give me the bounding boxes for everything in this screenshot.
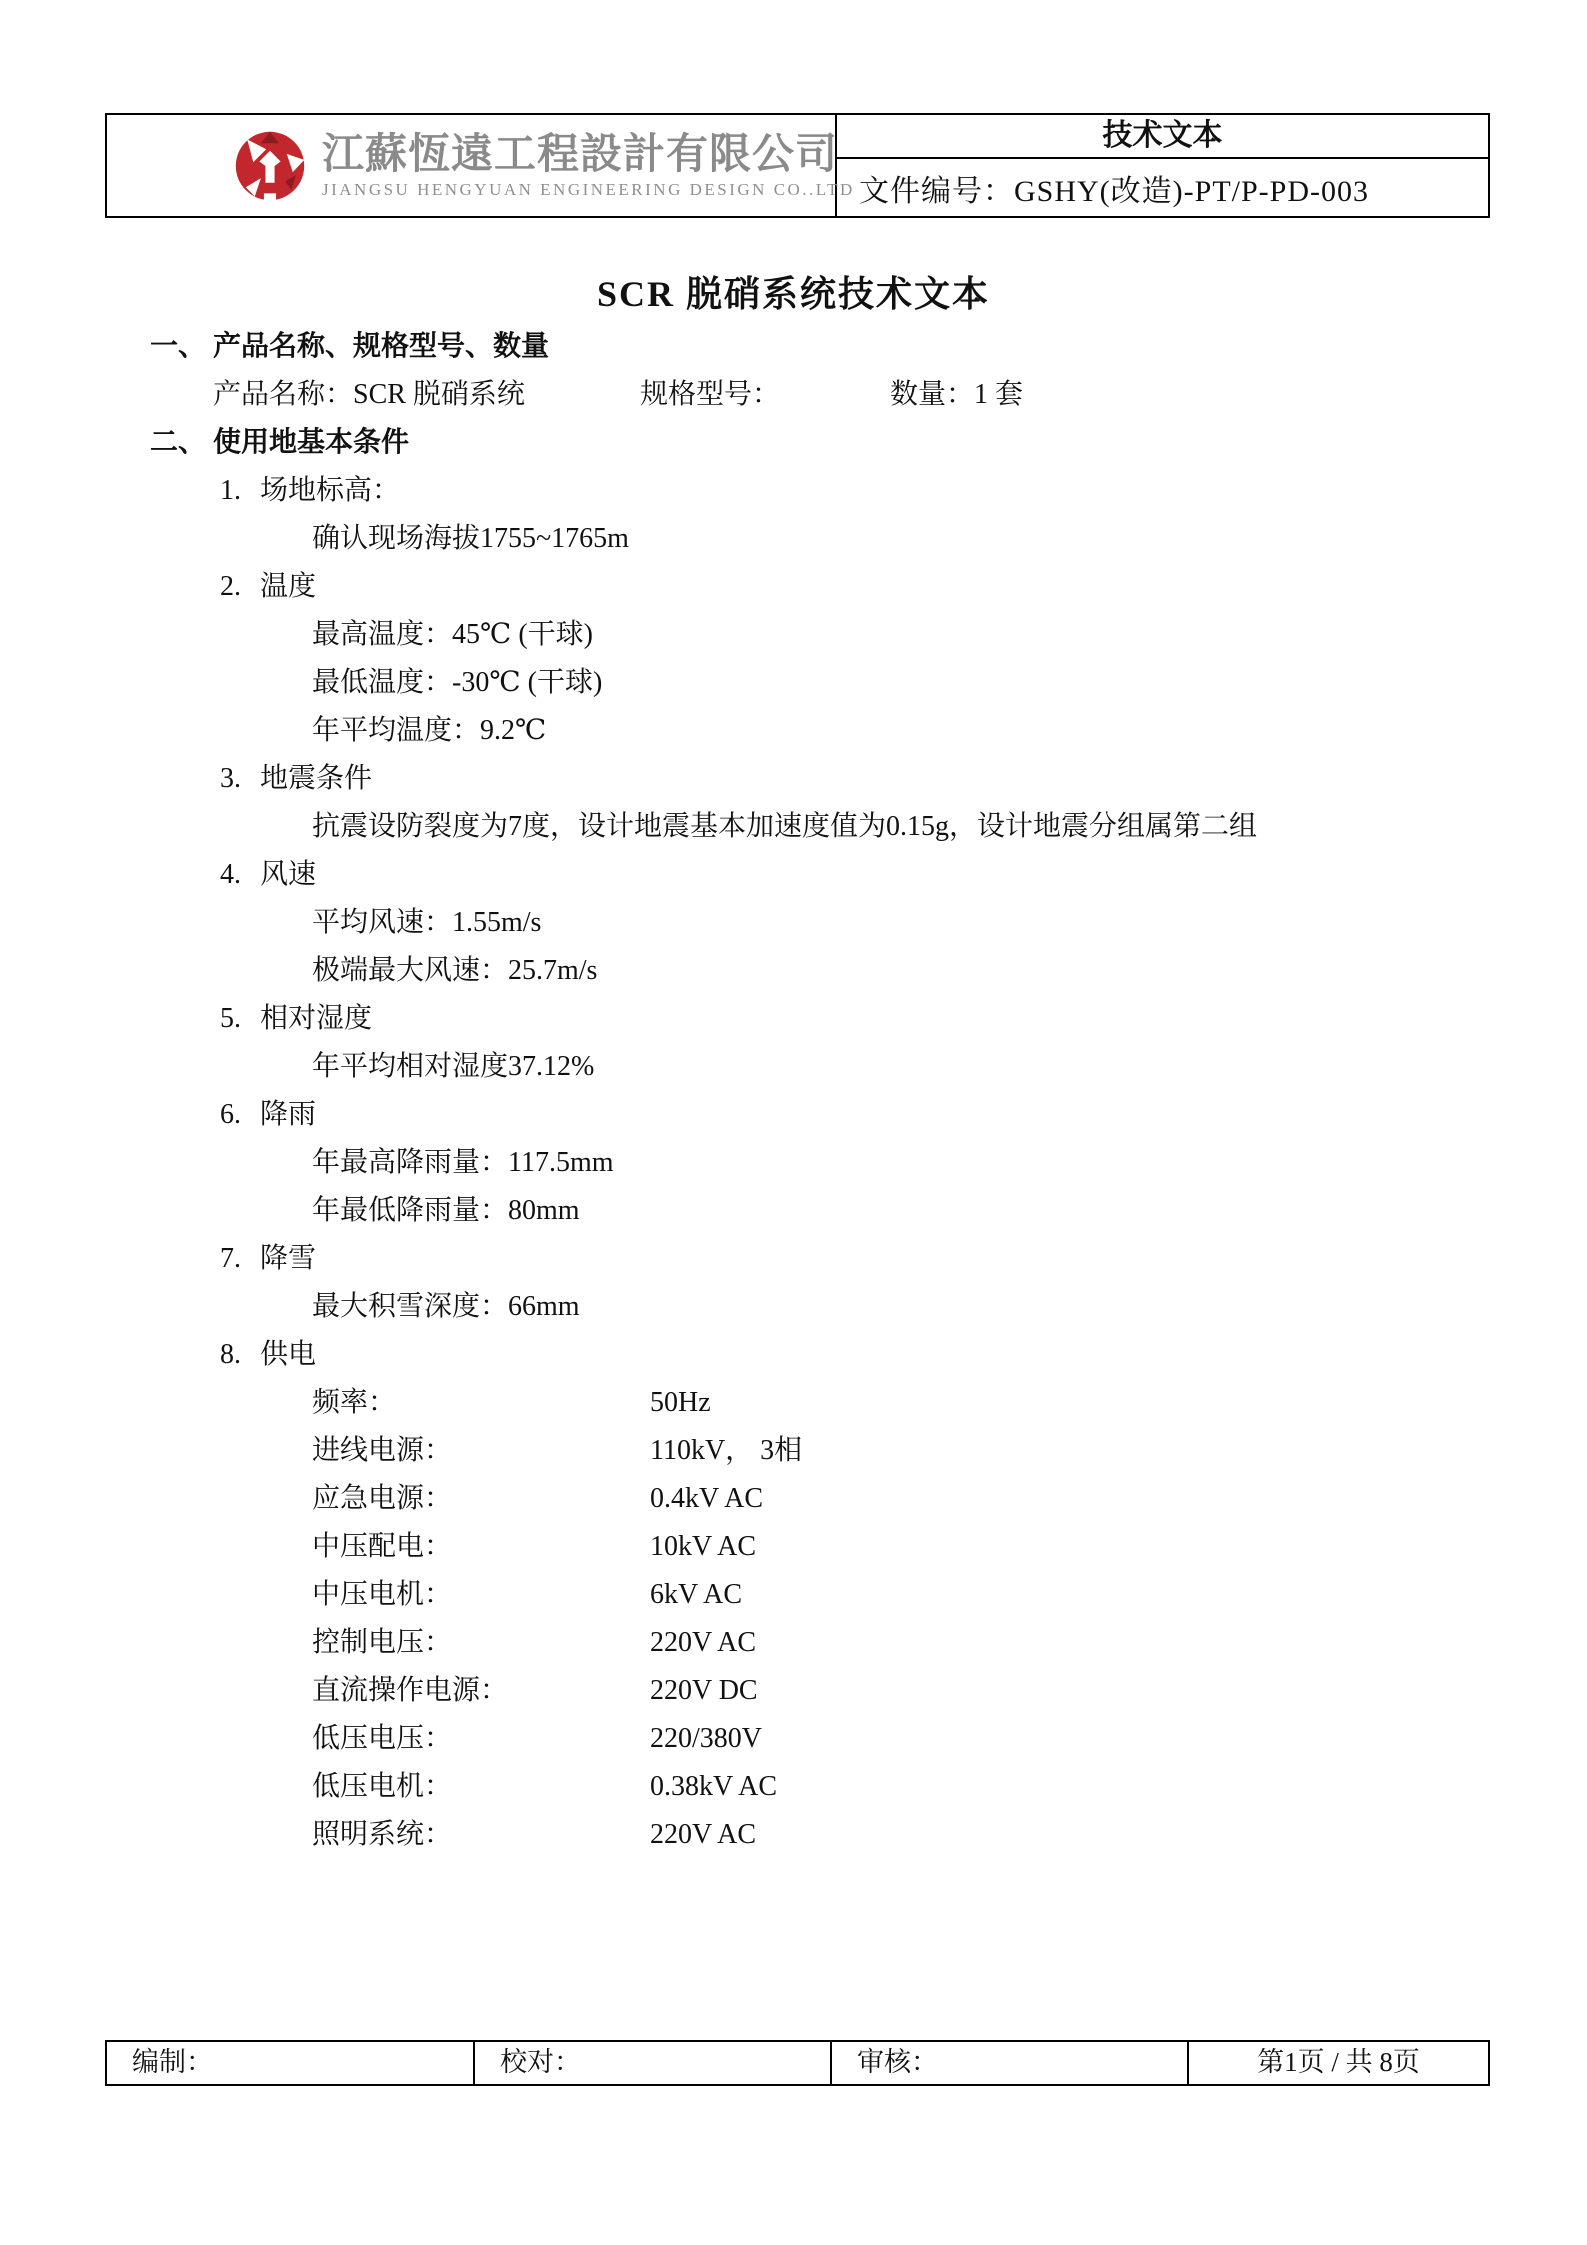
company-block: 江蘇恆遠工程設計有限公司 JIANGSU HENGYUAN ENGINEERIN… (107, 115, 837, 216)
prepared-by-label: 编制： (132, 2047, 213, 2077)
item-3-number: 3. (220, 755, 241, 803)
power-value: 50Hz (650, 1379, 711, 1427)
power-label: 进线电源： (312, 1427, 452, 1475)
item-6-number: 6. (220, 1091, 241, 1139)
reviewed-by-cell: 审核： (830, 2042, 1187, 2084)
power-row-frequency: 频率： 50Hz (0, 1379, 1587, 1427)
max-rainfall: 年最高降雨量：117.5mm (312, 1139, 614, 1187)
spec-model-label: 规格型号： (640, 371, 780, 419)
power-value: 220V AC (650, 1811, 756, 1859)
item-2-subline-1: 最高温度：45℃ (干球) (0, 611, 1587, 659)
power-label: 低压电压： (312, 1715, 452, 1763)
max-wind-speed: 极端最大风速：25.7m/s (312, 947, 597, 995)
item-2-number: 2. (220, 563, 241, 611)
item-4-label: 风速 (260, 851, 316, 899)
item-4-subline-1: 平均风速：1.55m/s (0, 899, 1587, 947)
power-row-dc-operation: 直流操作电源： 220V DC (0, 1667, 1587, 1715)
section-1-marker: 一、 (150, 323, 206, 371)
min-temperature: 最低温度：-30℃ (干球) (312, 659, 602, 707)
page-title: SCR 脱硝系统技术文本 (0, 266, 1587, 317)
doc-number-row: 文件编号：GSHY(改造)-PT/P-PD-003 (837, 159, 1488, 216)
item-2-subline-3: 年平均温度：9.2℃ (0, 707, 1587, 755)
power-value: 220V AC (650, 1619, 756, 1667)
doc-type-title: 技术文本 (837, 115, 1488, 159)
power-value: 110kV， 3相 (650, 1427, 802, 1475)
item-8-label: 供电 (260, 1331, 316, 1379)
reviewed-by-label: 审核： (857, 2047, 938, 2077)
section-2-marker: 二、 (150, 419, 206, 467)
section-2-title: 使用地基本条件 (213, 419, 409, 467)
item-8-number: 8. (220, 1331, 241, 1379)
item-3-title: 3. 地震条件 (0, 755, 1587, 803)
item-7-subline: 最大积雪深度：66mm (0, 1283, 1587, 1331)
power-row-mv-motor: 中压电机： 6kV AC (0, 1571, 1587, 1619)
power-label: 控制电压： (312, 1619, 452, 1667)
power-value: 10kV AC (650, 1523, 756, 1571)
document-body: 一、 产品名称、规格型号、数量 产品名称：SCR 脱硝系统 规格型号： 数量：1… (0, 323, 1587, 1859)
power-label: 直流操作电源： (312, 1667, 508, 1715)
min-rainfall: 年最低降雨量：80mm (312, 1187, 580, 1235)
document-page: 江蘇恆遠工程設計有限公司 JIANGSU HENGYUAN ENGINEERIN… (0, 0, 1587, 2245)
header-right: 技术文本 文件编号：GSHY(改造)-PT/P-PD-003 (837, 115, 1488, 216)
power-value: 0.38kV AC (650, 1763, 777, 1811)
item-2-label: 温度 (260, 563, 316, 611)
power-row-lv-motor: 低压电机： 0.38kV AC (0, 1763, 1587, 1811)
power-value: 220V DC (650, 1667, 758, 1715)
item-1-subline: 确认现场海拔1755~1765m (0, 515, 1587, 563)
item-1-number: 1. (220, 467, 241, 515)
page-number-cell: 第1页 / 共 8页 (1187, 2042, 1488, 2084)
site-elevation-value: 确认现场海拔1755~1765m (312, 515, 629, 563)
power-value: 0.4kV AC (650, 1475, 763, 1523)
power-row-incoming: 进线电源： 110kV， 3相 (0, 1427, 1587, 1475)
item-6-subline-1: 年最高降雨量：117.5mm (0, 1139, 1587, 1187)
product-name: 产品名称：SCR 脱硝系统 (213, 371, 525, 419)
item-3-label: 地震条件 (260, 755, 372, 803)
item-1-label: 场地标高： (260, 467, 400, 515)
item-6-title: 6. 降雨 (0, 1091, 1587, 1139)
power-label: 应急电源： (312, 1475, 452, 1523)
power-row-lighting: 照明系统： 220V AC (0, 1811, 1587, 1859)
item-2-title: 2. 温度 (0, 563, 1587, 611)
item-7-number: 7. (220, 1235, 241, 1283)
item-7-label: 降雪 (260, 1235, 316, 1283)
item-4-subline-2: 极端最大风速：25.7m/s (0, 947, 1587, 995)
prepared-by-cell: 编制： (107, 2042, 473, 2084)
power-row-lv-voltage: 低压电压： 220/380V (0, 1715, 1587, 1763)
avg-humidity: 年平均相对湿度37.12% (312, 1043, 594, 1091)
max-snow-depth: 最大积雪深度：66mm (312, 1283, 580, 1331)
section-1-heading: 一、 产品名称、规格型号、数量 (0, 323, 1587, 371)
header-table: 江蘇恆遠工程設計有限公司 JIANGSU HENGYUAN ENGINEERIN… (105, 113, 1490, 218)
power-row-emergency: 应急电源： 0.4kV AC (0, 1475, 1587, 1523)
power-value: 6kV AC (650, 1571, 742, 1619)
company-names: 江蘇恆遠工程設計有限公司 JIANGSU HENGYUAN ENGINEERIN… (322, 131, 855, 201)
item-5-label: 相对湿度 (260, 995, 372, 1043)
max-temperature: 最高温度：45℃ (干球) (312, 611, 593, 659)
page-number: 第1页 / 共 8页 (1257, 2047, 1420, 2077)
item-4-title: 4. 风速 (0, 851, 1587, 899)
quantity-value: 数量：1 套 (890, 371, 1023, 419)
power-label: 低压电机： (312, 1763, 452, 1811)
seismic-condition: 抗震设防裂度为7度，设计地震基本加速度值为0.15g，设计地震分组属第二组 (312, 803, 1257, 851)
power-row-control-voltage: 控制电压： 220V AC (0, 1619, 1587, 1667)
item-5-subline: 年平均相对湿度37.12% (0, 1043, 1587, 1091)
item-6-label: 降雨 (260, 1091, 316, 1139)
product-info-line: 产品名称：SCR 脱硝系统 规格型号： 数量：1 套 (0, 371, 1587, 419)
power-label: 中压电机： (312, 1571, 452, 1619)
item-3-subline: 抗震设防裂度为7度，设计地震基本加速度值为0.15g，设计地震分组属第二组 (0, 803, 1587, 851)
item-8-title: 8. 供电 (0, 1331, 1587, 1379)
item-5-number: 5. (220, 995, 241, 1043)
avg-temperature: 年平均温度：9.2℃ (312, 707, 546, 755)
power-label: 频率： (312, 1379, 396, 1427)
company-gear-logo-icon (232, 128, 308, 204)
company-name-en: JIANGSU HENGYUAN ENGINEERING DESIGN CO..… (322, 179, 855, 201)
item-7-title: 7. 降雪 (0, 1235, 1587, 1283)
power-label: 照明系统： (312, 1811, 452, 1859)
item-2-subline-2: 最低温度：-30℃ (干球) (0, 659, 1587, 707)
checked-by-label: 校对： (500, 2047, 581, 2077)
section-2-heading: 二、 使用地基本条件 (0, 419, 1587, 467)
item-6-subline-2: 年最低降雨量：80mm (0, 1187, 1587, 1235)
doc-number-label: 文件编号： (859, 166, 1014, 210)
company-name-cn: 江蘇恆遠工程設計有限公司 (322, 131, 855, 179)
section-1-title: 产品名称、规格型号、数量 (213, 323, 549, 371)
item-5-title: 5. 相对湿度 (0, 995, 1587, 1043)
power-row-mv-distribution: 中压配电： 10kV AC (0, 1523, 1587, 1571)
item-4-number: 4. (220, 851, 241, 899)
avg-wind-speed: 平均风速：1.55m/s (312, 899, 541, 947)
power-value: 220/380V (650, 1715, 762, 1763)
checked-by-cell: 校对： (473, 2042, 830, 2084)
doc-number-value: GSHY(改造)-PT/P-PD-003 (1014, 166, 1369, 210)
item-1-title: 1. 场地标高： (0, 467, 1587, 515)
footer-table: 编制： 校对： 审核： 第1页 / 共 8页 (105, 2040, 1490, 2086)
power-label: 中压配电： (312, 1523, 452, 1571)
